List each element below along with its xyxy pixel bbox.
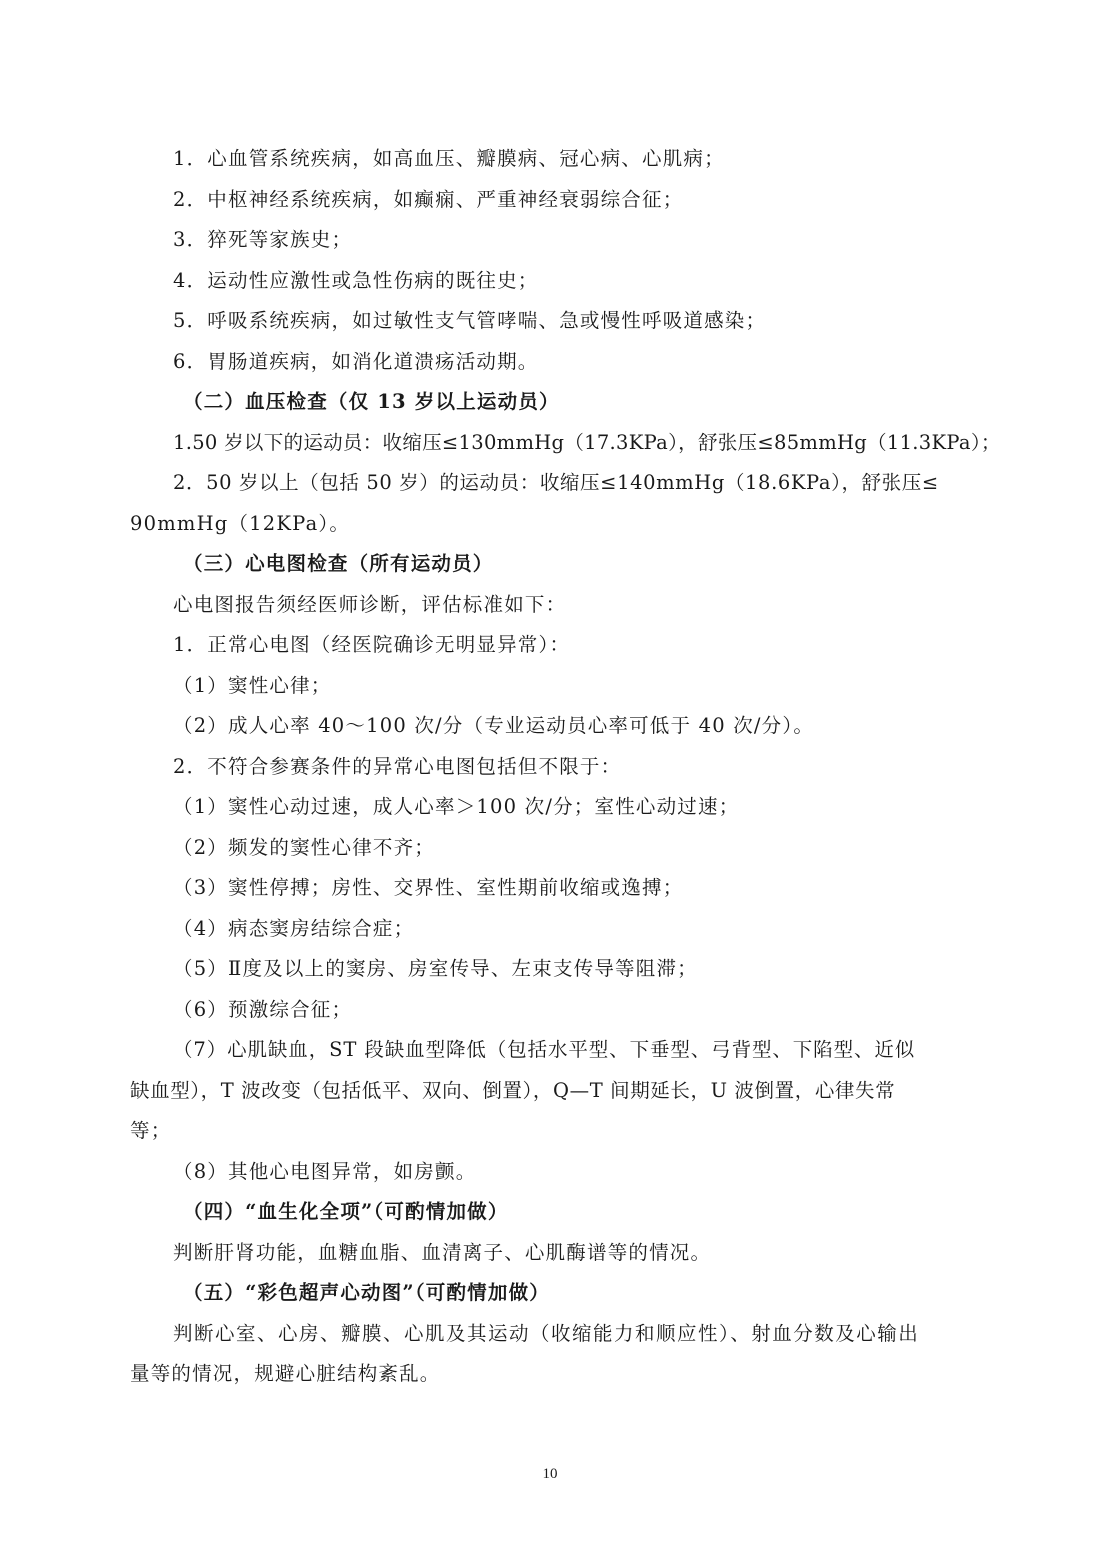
list-item-continuation: 90mmHg（12KPa）。 bbox=[130, 510, 350, 538]
list-item: （2）频发的窦性心律不齐； bbox=[173, 834, 435, 862]
list-item: （5）Ⅱ度及以上的窦房、房室传导、左束支传导等阻滞； bbox=[173, 955, 698, 983]
paragraph: 判断心室、心房、瓣膜、心肌及其运动（收缩能力和顺应性）、射血分数及心输出 bbox=[173, 1320, 919, 1348]
list-item: （4）病态窦房结综合症； bbox=[173, 915, 414, 943]
paragraph: 判断肝肾功能，血糖血脂、血清离子、心肌酶谱等的情况。 bbox=[173, 1239, 711, 1267]
list-item: 5．呼吸系统疾病，如过敏性支气管哮喘、急或慢性呼吸道感染； bbox=[173, 307, 766, 335]
list-item: （8）其他心电图异常，如房颤。 bbox=[173, 1158, 476, 1186]
section-heading-blood-pressure: （二）血压检查（仅 13 岁以上运动员） bbox=[183, 388, 560, 416]
list-item: 1．心血管系统疾病，如高血压、瓣膜病、冠心病、心肌病； bbox=[173, 145, 725, 173]
subheading-normal-ecg: 1．正常心电图（经医院确诊无明显异常）： bbox=[173, 631, 570, 659]
list-item: （6）预激综合征； bbox=[173, 996, 352, 1024]
list-item: 4．运动性应激性或急性伤病的既往史； bbox=[173, 267, 539, 295]
list-item-continuation: 缺血型），T 波改变（包括低平、双向、倒置），Q—T 间期延长，U 波倒置，心律… bbox=[130, 1077, 895, 1105]
page-number: 10 bbox=[0, 1466, 1100, 1483]
section-heading-echocardiogram: （五）“彩色超声心动图”（可酌情加做） bbox=[183, 1279, 550, 1307]
list-item: （1）窦性心律； bbox=[173, 672, 332, 700]
list-item: 2．中枢神经系统疾病，如癫痫、严重神经衰弱综合征； bbox=[173, 186, 683, 214]
paragraph: 心电图报告须经医师诊断，评估标准如下： bbox=[173, 591, 566, 619]
section-heading-blood-chemistry: （四）“血生化全项”（可酌情加做） bbox=[183, 1198, 509, 1226]
subheading-abnormal-ecg: 2．不符合参赛条件的异常心电图包括但不限于： bbox=[173, 753, 621, 781]
paragraph-continuation: 量等的情况，规避心脏结构紊乱。 bbox=[130, 1360, 441, 1388]
list-item: （3）窦性停搏；房性、交界性、室性期前收缩或逸搏； bbox=[173, 874, 683, 902]
section-heading-ecg: （三）心电图检查（所有运动员） bbox=[183, 550, 494, 578]
list-item-continuation: 等； bbox=[130, 1117, 171, 1145]
list-item: 3．猝死等家族史； bbox=[173, 226, 352, 254]
list-item: 2．50 岁以上（包括 50 岁）的运动员：收缩压≤140mmHg（18.6KP… bbox=[173, 469, 939, 497]
list-item: 6．胃肠道疾病，如消化道溃疡活动期。 bbox=[173, 348, 539, 376]
list-item: （2）成人心率 40～100 次/分（专业运动员心率可低于 40 次/分）。 bbox=[173, 712, 814, 740]
document-page: 1．心血管系统疾病，如高血压、瓣膜病、冠心病、心肌病； 2．中枢神经系统疾病，如… bbox=[0, 0, 1100, 1556]
list-item: 1.50 岁以下的运动员：收缩压≤130mmHg（17.3KPa），舒张压≤85… bbox=[173, 429, 1001, 457]
list-item: （1）窦性心动过速，成人心率＞100 次/分；室性心动过速； bbox=[173, 793, 739, 821]
list-item: （7）心肌缺血，ST 段缺血型降低（包括水平型、下垂型、弓背型、下陷型、近似 bbox=[173, 1036, 915, 1064]
